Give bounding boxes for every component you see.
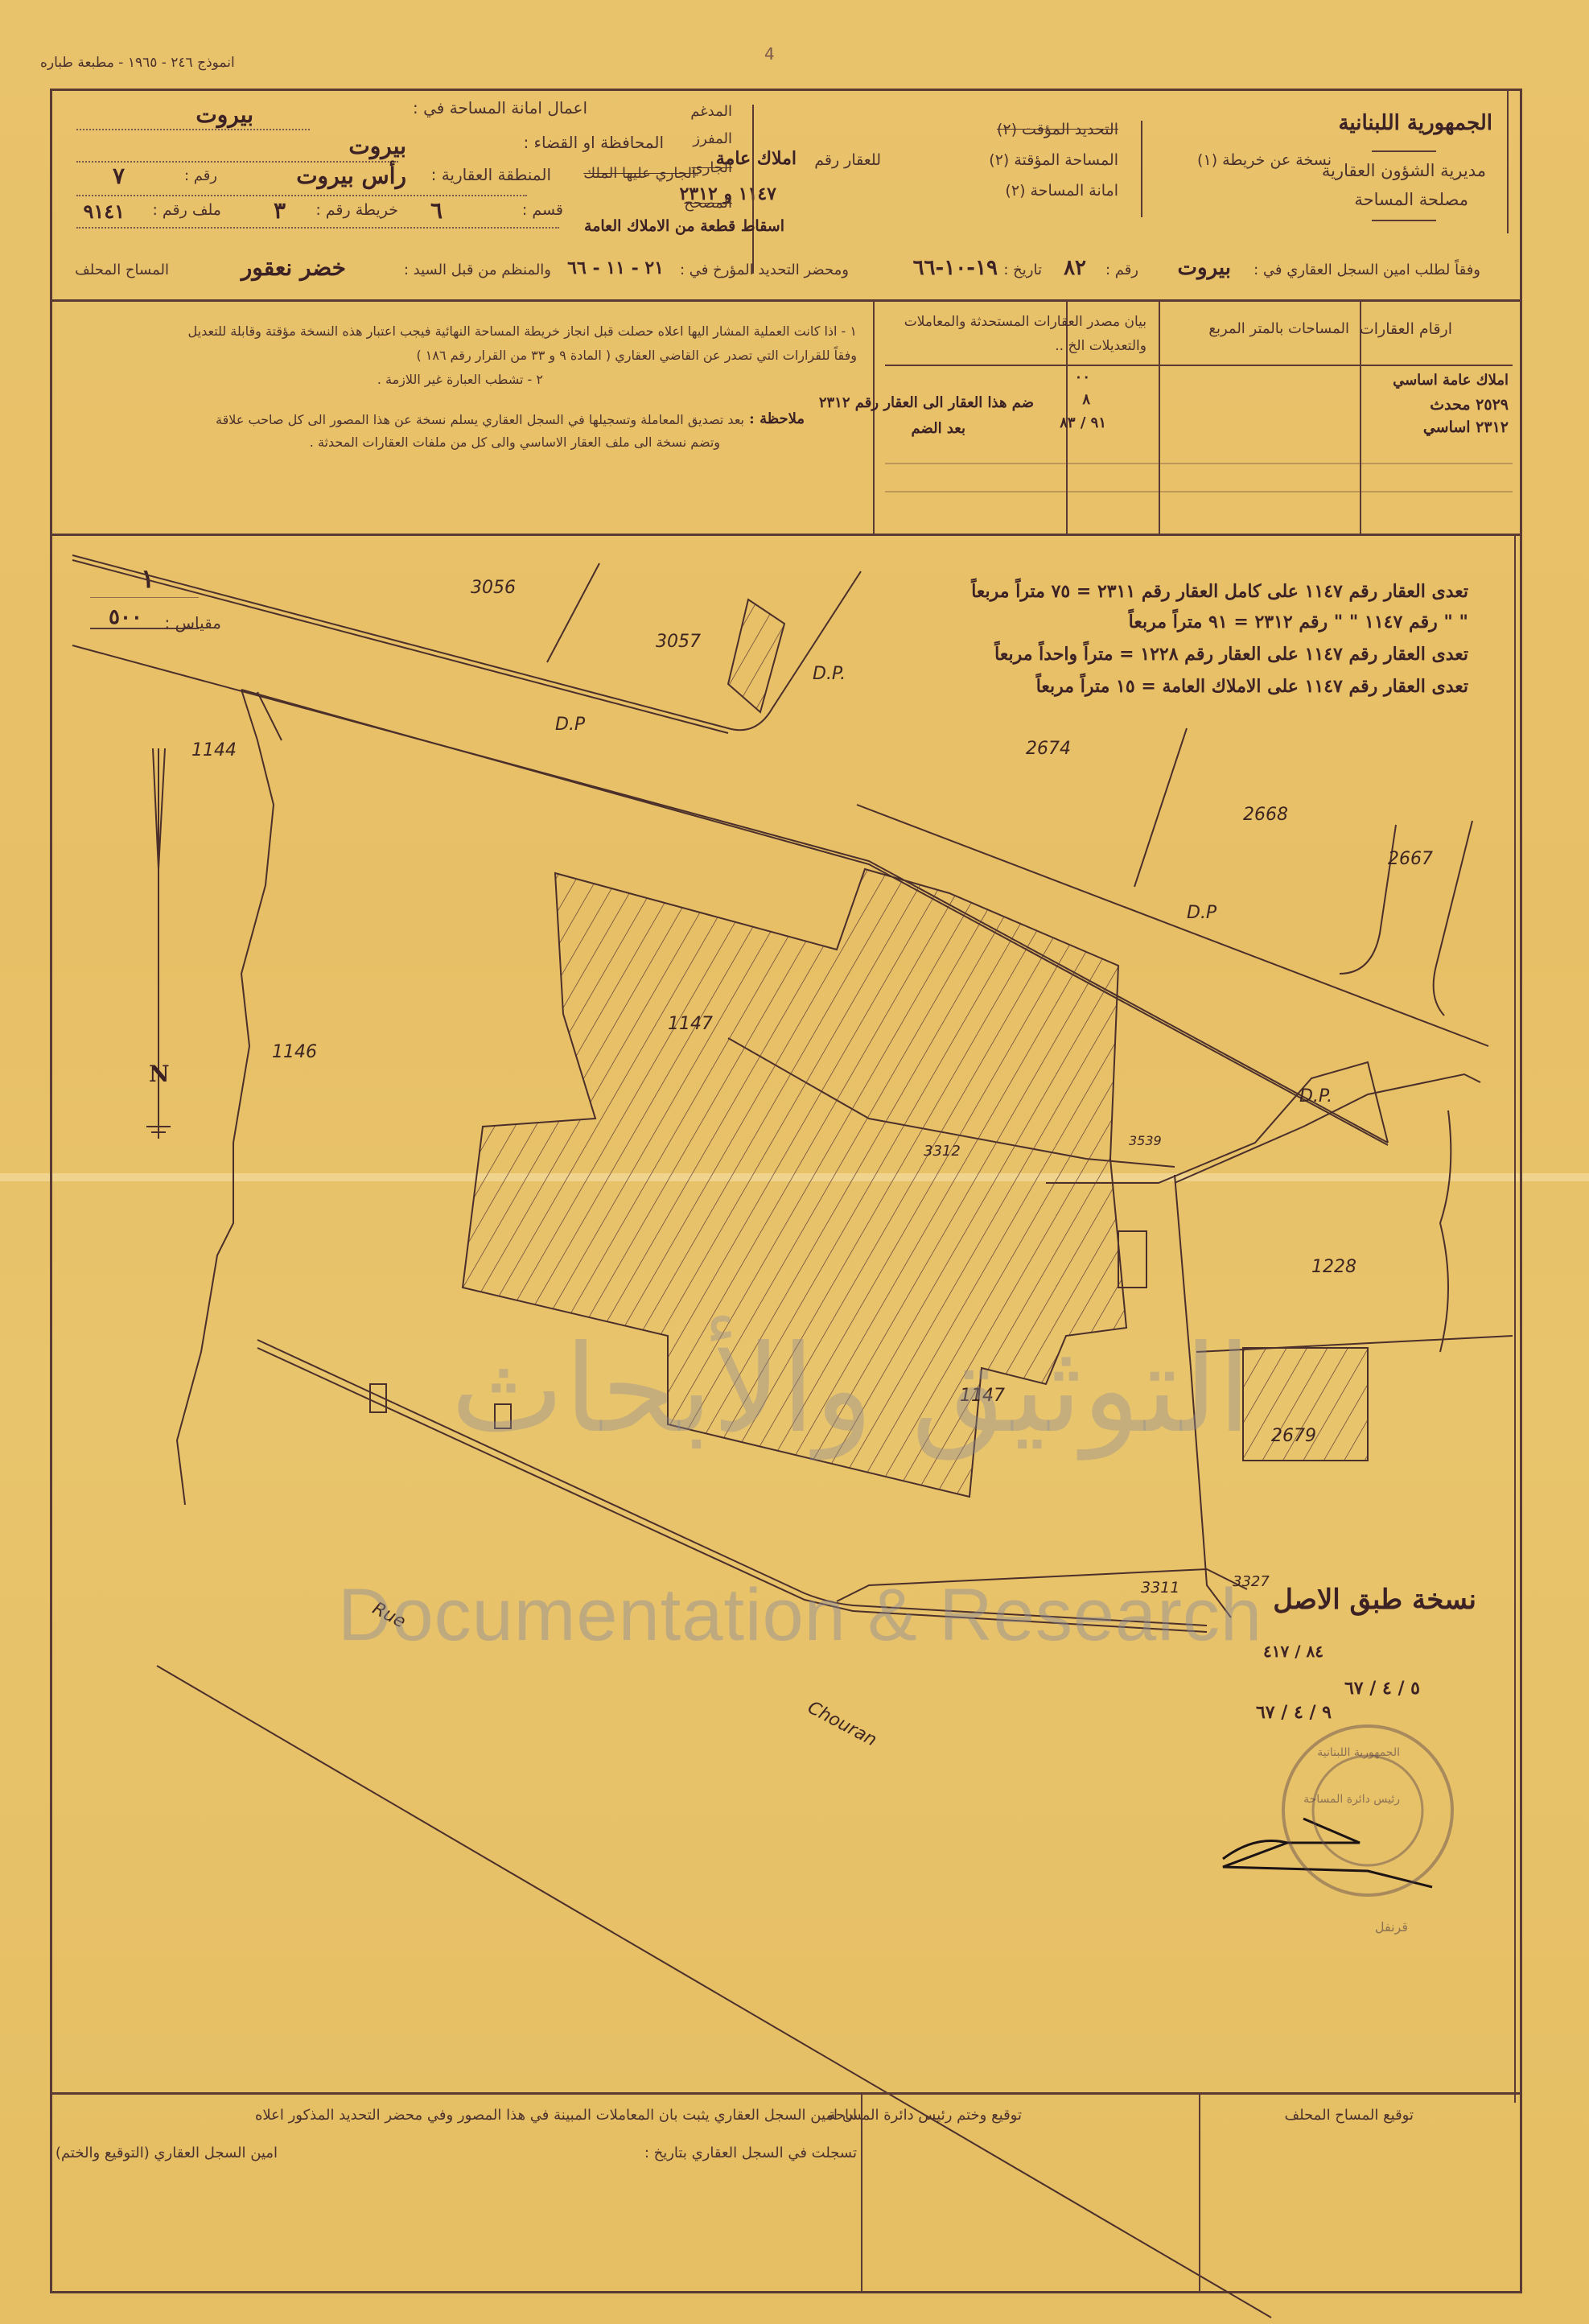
cadastral-map	[0, 0, 1589, 2324]
parcel-3539: 3539	[1129, 1133, 1162, 1148]
parcel-2668: 2668	[1243, 805, 1288, 825]
parcel-3312: 3312	[924, 1143, 961, 1160]
parcel-3057: 3057	[656, 632, 701, 652]
parcel-2679: 2679	[1271, 1426, 1316, 1446]
watermark-arabic: التوثيق والأبحاث	[451, 1320, 1251, 1460]
registered-date-label: تسجلت في السجل العقاري بتاريخ :	[644, 2145, 857, 2161]
parcel-1146: 1146	[272, 1042, 317, 1062]
road-dp-1: D.P.	[813, 664, 846, 684]
surveyor-signature-label: توقيع المساح المحلف	[1284, 2107, 1414, 2124]
certification-date-2: ٩ / ٤ / ٦٧	[1256, 1702, 1332, 1723]
section-divider	[50, 2092, 1522, 2095]
parcel-3056: 3056	[471, 578, 516, 598]
under-stamp-text: قرنفل	[1375, 1919, 1408, 1935]
parcel-1228: 1228	[1311, 1257, 1356, 1277]
registrar-signature-label: امين السجل العقاري (التوقيع والختم)	[56, 2145, 278, 2161]
certification-ref: ٨٤ / ٤١٧	[1263, 1642, 1323, 1661]
parcel-2674: 2674	[1026, 739, 1071, 759]
true-copy-stamp: نسخة طبق الاصل	[1273, 1584, 1476, 1616]
watermark-english: Documentation & Research	[338, 1573, 1262, 1658]
stamp-center-text: رئيس دائرة المساحة	[1303, 1793, 1400, 1806]
parcel-2667: 2667	[1388, 849, 1433, 869]
parcel-1147-north: 1147	[668, 1014, 713, 1034]
road-dp-4: D.P.	[1299, 1086, 1332, 1106]
head-signature-label: توقيع وختم رئيس دائرة المساحة	[828, 2107, 1022, 2124]
road-dp-2: D.P	[555, 715, 585, 735]
footer-divider	[1199, 2092, 1200, 2293]
parcel-1144: 1144	[191, 740, 237, 760]
certification-date-1: ٥ / ٤ / ٦٧	[1344, 1678, 1420, 1699]
road-dp-3: D.P	[1187, 903, 1216, 923]
registrar-statement: ان امين السجل العقاري يثبت بان المعاملات…	[255, 2107, 857, 2124]
north-arrow-label: N	[149, 1061, 170, 1087]
stamp-ring-text: الجمهورية اللبنانية	[1317, 1746, 1400, 1759]
